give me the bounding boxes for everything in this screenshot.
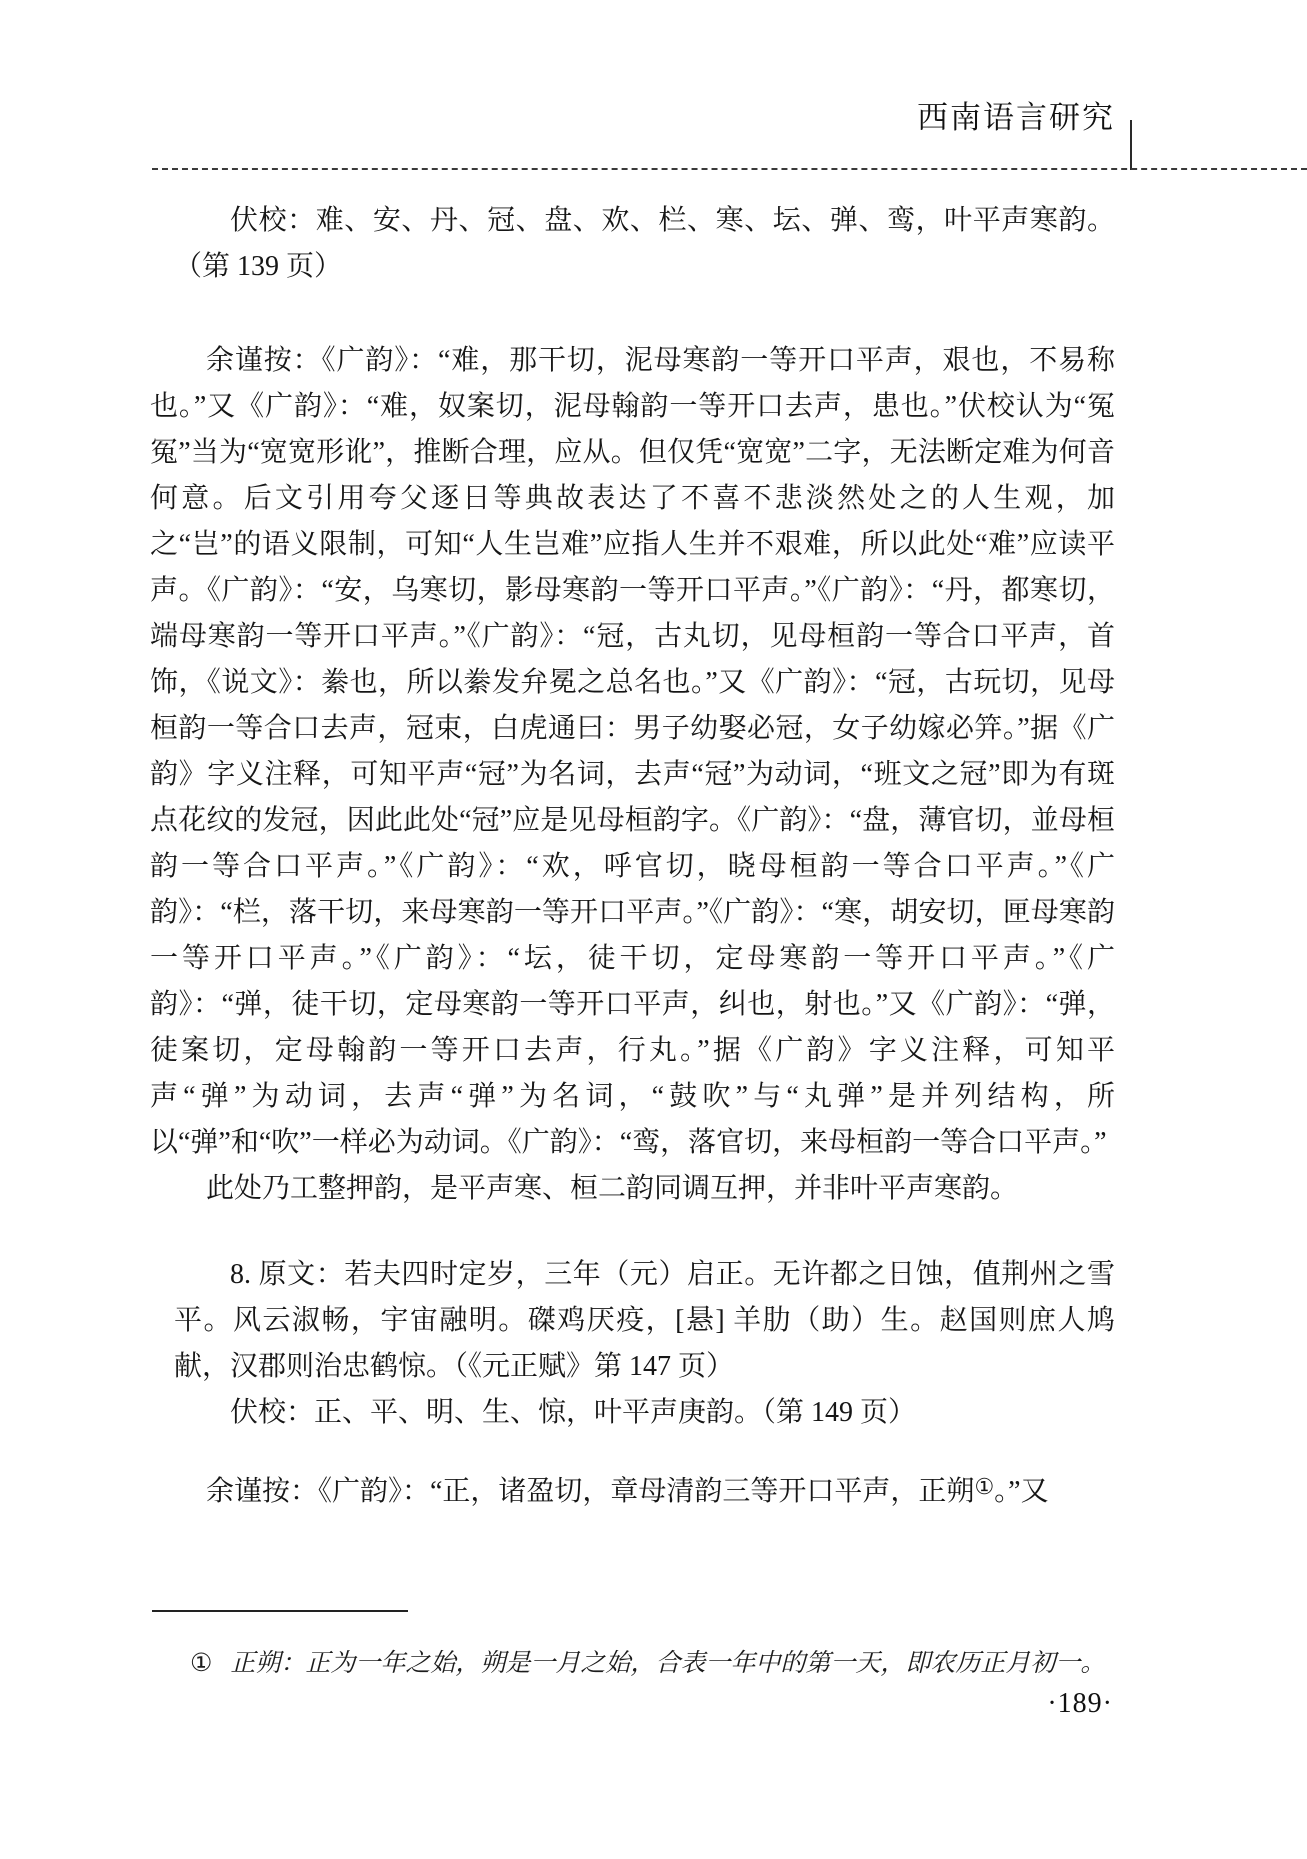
footnote: ①正朔：正为一年之始，朔是一月之始，合表一年中的第一天，即农历正月初一。 — [190, 1645, 1130, 1683]
commentary-paragraph-2-text: 余谨按：《广韵》：“正，诸盈切，章母清韵三等开口平声，正朔 — [206, 1476, 974, 1507]
running-head-title: 西南语言研究 — [917, 100, 1115, 135]
footnote-separator — [152, 1610, 408, 1612]
body-text: 伏校：难、安、丹、冠、盘、欢、栏、寒、坛、弹、鸾，叶平声寒韵。（第 139 页）… — [150, 198, 1115, 1515]
footnote-text: 正朔：正为一年之始，朔是一月之始，合表一年中的第一天，即农历正月初一。 — [230, 1650, 1105, 1677]
header-vertical-rule — [1130, 120, 1132, 170]
page-number: ·189· — [1047, 1688, 1113, 1720]
running-head: 西南语言研究 — [150, 98, 1115, 138]
commentary-paragraph-2-tail: 。”又 — [994, 1476, 1048, 1507]
commentary-paragraph-1: 余谨按：《广韵》：“难，那干切，泥母寒韵一等开口平声，艰也，不易称也。”又《广韵… — [150, 338, 1115, 1166]
book-page: 西南语言研究 伏校：难、安、丹、冠、盘、欢、栏、寒、坛、弹、鸾，叶平声寒韵。（第… — [0, 0, 1307, 1859]
collation-quote-1: 伏校：难、安、丹、冠、盘、欢、栏、寒、坛、弹、鸾，叶平声寒韵。（第 139 页） — [150, 198, 1115, 290]
header-dashed-rule — [152, 168, 1307, 170]
footnote-marker: ① — [190, 1650, 212, 1677]
collation-quote-2: 伏校：正、平、明、生、惊，叶平声庚韵。（第 149 页） — [150, 1390, 1115, 1436]
conclusion-paragraph: 此处乃工整押韵，是平声寒、桓二韵同调互押，并非叶平声寒韵。 — [150, 1166, 1115, 1212]
original-text-quote-8: 8. 原文：若夫四时定岁，三年（元）启正。无许都之日蚀，值荆州之雪平。风云淑畅，… — [150, 1252, 1115, 1390]
footnote-reference-mark: ① — [974, 1474, 994, 1499]
commentary-paragraph-2: 余谨按：《广韵》：“正，诸盈切，章母清韵三等开口平声，正朔①。”又 — [150, 1464, 1115, 1515]
